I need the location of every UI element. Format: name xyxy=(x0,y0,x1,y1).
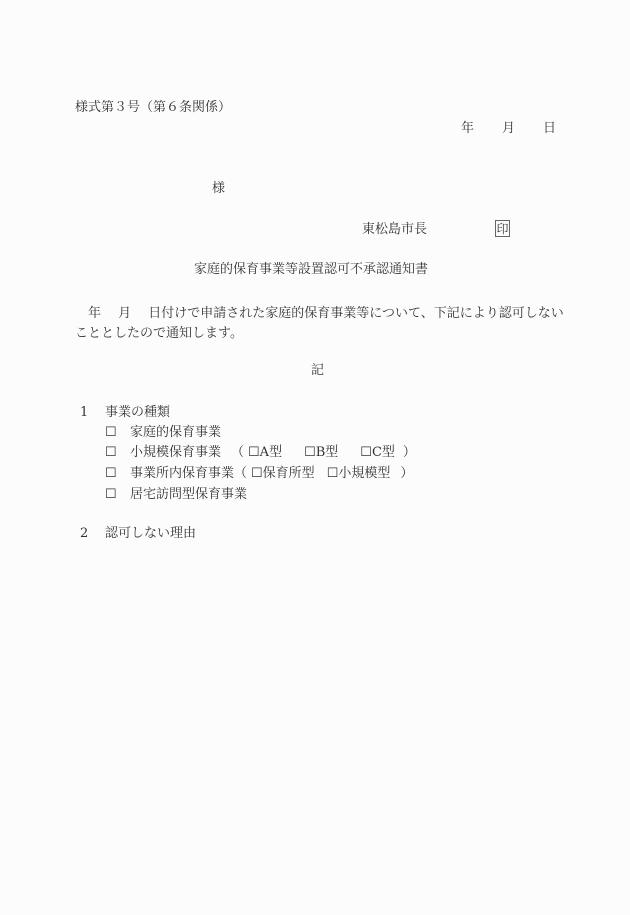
sub-option-small-scale-type[interactable]: ☐小規模型 xyxy=(327,467,391,480)
option-label: 小規模保育事業 xyxy=(130,445,221,460)
section-2-heading: 2認可しない理由 xyxy=(80,527,196,540)
section-title: 認可しない理由 xyxy=(105,526,196,541)
issuer-name: 東松島市長 xyxy=(362,223,427,236)
checkbox[interactable]: ☐ xyxy=(105,446,130,459)
option-label: 事業所内保育事業 xyxy=(130,466,234,481)
body-paragraph: 年 月 日付けで申請された家庭的保育事業等について、下記により認可しないこととし… xyxy=(75,304,565,344)
document-title: 家庭的保育事業等設置認可不承認通知書 xyxy=(194,263,428,276)
year-label: 年 xyxy=(461,122,474,135)
checkbox[interactable]: ☐ xyxy=(105,488,130,501)
option-family-daycare: ☐家庭的保育事業 xyxy=(105,426,221,439)
checkbox[interactable]: ☐ xyxy=(105,426,130,439)
close-paren: ） xyxy=(403,446,416,459)
checkbox[interactable]: ☐ xyxy=(105,467,130,480)
sub-option-nursery-type[interactable]: ☐保育所型 xyxy=(251,467,315,480)
close-paren: ） xyxy=(400,467,413,480)
option-workplace-daycare: ☐事業所内保育事業（☐保育所型☐小規模型） xyxy=(105,467,413,480)
option-small-scale-daycare: ☐小規模保育事業（☐A型☐B型☐C型） xyxy=(105,446,416,459)
sub-option-b-type[interactable]: ☐B型 xyxy=(304,446,338,459)
addressee-suffix: 様 xyxy=(212,182,225,195)
section-number: 2 xyxy=(80,527,105,540)
month-label: 月 xyxy=(502,122,515,135)
ki-heading: 記 xyxy=(311,364,324,377)
section-number: 1 xyxy=(80,406,105,419)
option-label: 居宅訪問型保育事業 xyxy=(130,487,247,502)
form-number: 様式第３号（第６条関係） xyxy=(75,101,231,114)
open-paren: （ xyxy=(231,446,244,459)
day-label: 日 xyxy=(543,122,556,135)
sub-option-a-type[interactable]: ☐A型 xyxy=(248,446,282,459)
option-home-visit-daycare: ☐居宅訪問型保育事業 xyxy=(105,488,247,501)
sub-option-c-type[interactable]: ☐C型 xyxy=(360,446,395,459)
section-title: 事業の種類 xyxy=(105,405,170,420)
section-1-heading: 1事業の種類 xyxy=(80,406,170,419)
option-label: 家庭的保育事業 xyxy=(130,425,221,440)
date-line: 年月日 xyxy=(461,122,556,135)
seal-mark: 印 xyxy=(495,220,510,237)
open-paren: （ xyxy=(234,467,247,480)
